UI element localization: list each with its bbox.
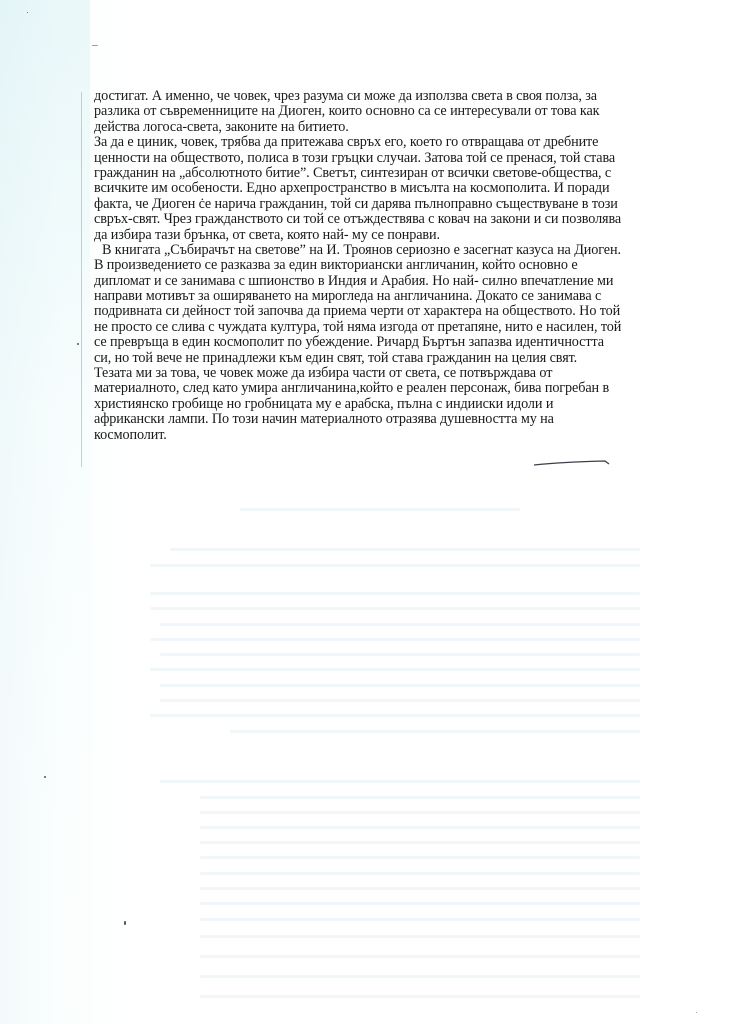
text-line-paragraph-start: В книгата „Събирачът на светове” на И. Т… [94, 243, 694, 258]
bleed-through-line [200, 796, 640, 799]
scan-speck [124, 921, 126, 925]
text-line: направи мотивът за оширяването на мирогл… [94, 289, 694, 304]
bleed-through-line [200, 872, 640, 875]
text-line: В произведението се разказва за един вик… [94, 258, 694, 273]
text-line: гражданин на „абсолютното битие”. Светът… [94, 166, 694, 181]
bleed-through-line [200, 826, 640, 829]
bleed-through-line [200, 995, 640, 998]
text-line: да избира тази брънка, от света, която н… [94, 228, 694, 243]
bleed-through-line [150, 564, 640, 567]
bleed-through-line [150, 714, 640, 717]
bleed-through-line [240, 508, 520, 511]
scan-speck [27, 12, 28, 13]
scan-speck [77, 343, 79, 345]
bleed-through-line [200, 918, 640, 921]
bleed-through-line [160, 684, 640, 687]
bleed-through-line [200, 856, 640, 859]
text-line: не просто се слива с чуждата култура, то… [94, 320, 694, 335]
bleed-through-line [200, 935, 640, 938]
bleed-through-line [150, 607, 640, 610]
text-line: свръх-свят. Чрез гражданството си той се… [94, 212, 694, 227]
margin-line [81, 92, 82, 467]
bleed-through-line [200, 902, 640, 905]
bleed-through-line [200, 955, 640, 958]
text-line: факта, че Диоген ċе нарича гражданин, то… [94, 197, 694, 212]
bleed-through-line [230, 730, 640, 733]
scan-speck [44, 776, 46, 778]
bleed-through-line [160, 653, 640, 656]
bleed-through-line [150, 668, 640, 671]
text-line: африкански лампи. По този начин материал… [94, 412, 694, 427]
bleed-through-line [150, 592, 640, 595]
bleed-through-area [0, 480, 744, 1024]
text-line: християнско гробище но гробницата му е а… [94, 397, 694, 412]
essay-text-block: достигат. А именно, че човек, чрез разум… [94, 89, 694, 443]
text-line: си, но той вече не принадлежи към един с… [94, 351, 694, 366]
text-line: се превръща в един космополит по убежден… [94, 335, 694, 350]
bleed-through-line [200, 811, 640, 814]
scanned-page: достигат. А именно, че човек, чрез разум… [0, 0, 744, 1024]
text-line: достигат. А именно, че човек, чрез разум… [94, 89, 694, 104]
text-line: разлика от съвременниците на Диоген, кои… [94, 104, 694, 119]
scan-speck [92, 45, 98, 46]
text-line: За да е циник, човек, трябва да притежав… [94, 135, 694, 150]
text-line: ценности на обществото, полиса в този гр… [94, 151, 694, 166]
scan-speck [696, 1012, 697, 1013]
pen-underline-mark [533, 459, 613, 467]
bleed-through-line [200, 841, 640, 844]
text-line: космополит. [94, 428, 694, 443]
bleed-through-line [170, 548, 640, 551]
bleed-through-line [160, 699, 640, 702]
bleed-through-line [160, 780, 640, 783]
text-line: Тезата ми за това, че човек може да изби… [94, 366, 694, 381]
text-line: дипломат и се занимава с шпионство в Инд… [94, 274, 694, 289]
text-line: действа логоса-света, законите на битиет… [94, 120, 694, 135]
bleed-through-line [160, 623, 640, 626]
text-line: подривната си дейност той започва да при… [94, 304, 694, 319]
text-line: материалното, след като умира англичанин… [94, 381, 694, 396]
text-line: всичките им особености. Едно архепростра… [94, 181, 694, 196]
bleed-through-line [200, 887, 640, 890]
bleed-through-line [200, 975, 640, 978]
bleed-through-line [150, 638, 640, 641]
